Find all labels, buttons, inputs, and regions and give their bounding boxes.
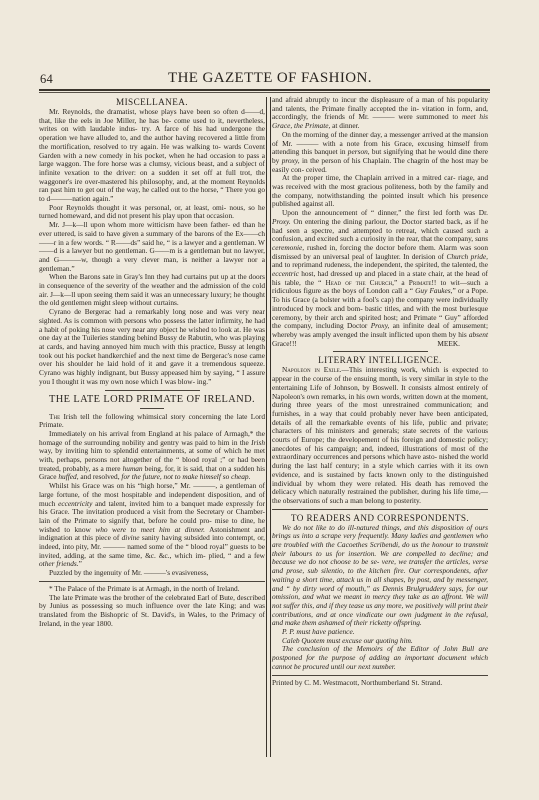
small-caps-lead: Napoleon in Exile. — [282, 365, 341, 374]
miscellanea-paragraph: Mr. J—k—ll upon whom more witticism have… — [39, 221, 265, 273]
miscellanea-paragraph: When the Barons sate in Gray's Inn they … — [39, 273, 265, 308]
newspaper-page: 64 THE GAZETTE OF FASHION. MISCELLANEA. … — [0, 0, 539, 800]
printer-imprint: Printed by C. M. Westmacott, Northumberl… — [272, 679, 488, 688]
small-caps-text: Primate — [409, 278, 432, 287]
section-divider — [333, 351, 428, 352]
italic-text: eccentricity — [58, 499, 92, 508]
title-underline — [140, 408, 164, 409]
page-number: 64 — [40, 72, 53, 87]
primate-title: THE LATE LORD PRIMATE OF IRELAND. — [39, 394, 265, 406]
primate-paragraph: Puzzled by the ingenuity of Mr. ———'s ev… — [39, 569, 265, 578]
italic-text: Church pride, — [446, 252, 488, 261]
primate-paragraph: Immediately on his arrival from England … — [39, 430, 265, 482]
text: Grace!!! — [272, 339, 297, 348]
primate-intro: The Irish tell the following whimsical s… — [39, 413, 265, 430]
primate-paragraph: Upon the announcement of “ dinner,” the … — [272, 209, 488, 348]
italic-text: Proxy. — [272, 217, 291, 226]
right-column: and afraid abruptly to incur the displea… — [272, 96, 488, 687]
intro-text: Irish tell the following whimsical story… — [39, 412, 265, 430]
italic-text: for the future, not to make himself so c… — [121, 472, 250, 481]
imprint-rule — [272, 675, 488, 676]
text: Upon the announcement of “ dinner,” the … — [282, 208, 488, 217]
correspondents-paragraph: We do not like to do ill-natured things,… — [272, 524, 488, 628]
intro-lead: The — [49, 412, 60, 421]
primate-paragraph: On the morning of the dinner day, a mess… — [272, 131, 488, 175]
header-double-rule — [39, 89, 490, 93]
text: ” — [79, 559, 82, 568]
text: and resolved, — [79, 472, 122, 481]
section-rule — [272, 509, 488, 510]
correspondents-paragraph: The conclusion of the Memoirs of the Edi… — [272, 645, 488, 671]
footnote: The late Primate was the brother of the … — [39, 594, 265, 629]
left-column: MISCELLANEA. Mr. Reynolds, the dramatist… — [39, 96, 265, 628]
italic-text: human — [123, 464, 143, 473]
footnote-rule — [39, 581, 265, 582]
italic-text: eccentric — [272, 269, 299, 278]
primate-paragraph: Whilst his Grace was on his “high horse,… — [39, 482, 265, 569]
text: Immediately on his arrival from England … — [39, 429, 265, 447]
text: and afraid abruptly to incur the displea… — [272, 95, 488, 121]
miscellanea-paragraph: Mr. Reynolds, the dramatist, whose plays… — [39, 108, 265, 204]
italic-text: huffed, — [58, 472, 78, 481]
italic-text: proxy, — [282, 156, 300, 165]
miscellanea-paragraph: Poor Reynolds thought it was personal, o… — [39, 204, 265, 221]
text: in the person of his Chaplain. The chagr… — [272, 156, 488, 174]
text: at dinner. — [330, 121, 359, 130]
running-head: 64 THE GAZETTE OF FASHION. — [38, 72, 490, 88]
primate-continued: and afraid abruptly to incur the displea… — [272, 96, 488, 131]
text: ” a — [394, 278, 409, 287]
miscellanea-paragraph: Cyrano de Bergerac had a remarkably long… — [39, 308, 265, 386]
section-divider — [105, 390, 200, 391]
text: —This interesting work, which is expecte… — [272, 365, 488, 505]
text: and to reprimand rudeness, the independe… — [272, 260, 488, 269]
italic-text: person, — [348, 147, 370, 156]
italic-text: who were to meet him at dinner. — [95, 525, 205, 534]
italic-text: other friends. — [39, 559, 79, 568]
literary-paragraph: Napoleon in Exile.—This interesting work… — [272, 366, 488, 505]
italic-text: Proxy, — [371, 321, 390, 330]
italic-text: Irish — [251, 438, 265, 447]
primate-paragraph: At the proper time, the Chaplain arrived… — [272, 174, 488, 209]
correspondents-title: TO READERS AND CORRESPONDENTS. — [272, 513, 488, 523]
journal-title: THE GAZETTE OF FASHION. — [168, 70, 372, 87]
miscellanea-title: MISCELLANEA. — [39, 97, 265, 107]
column-divider — [266, 97, 271, 757]
italic-text: divine — [122, 533, 140, 542]
small-caps-text: Head of the Church, — [326, 278, 394, 287]
text: On entering the dining parlour, the Doct… — [272, 217, 488, 243]
literary-title: LITERARY INTELLIGENCE. — [272, 355, 488, 365]
italic-text: absent — [469, 330, 488, 339]
author-signature: MEEK. — [427, 340, 460, 349]
italic-text: Guy Faukes, — [415, 286, 452, 295]
